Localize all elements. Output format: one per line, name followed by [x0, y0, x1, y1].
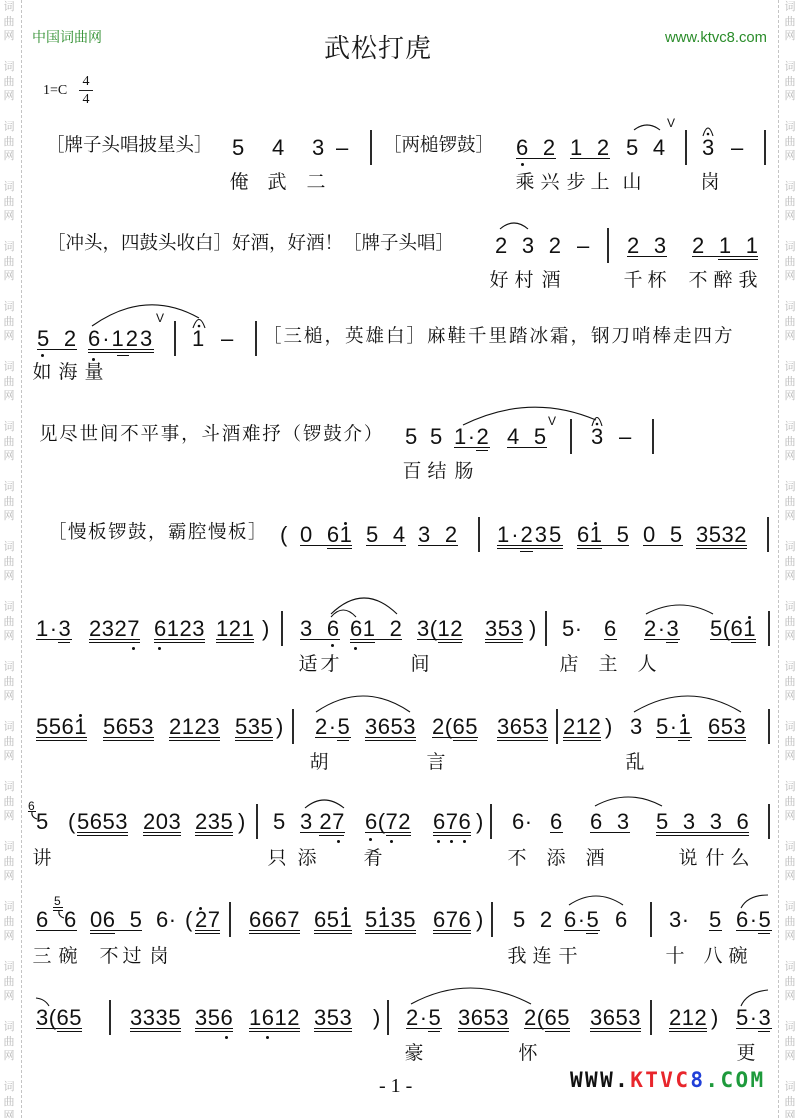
underline-beam [577, 548, 602, 549]
lyric-char: 醉 [713, 270, 733, 290]
barline [229, 902, 231, 937]
underline-beam [319, 835, 344, 836]
watermark-text: 词曲网 [3, 0, 15, 44]
slur-arc [500, 223, 528, 229]
slur-arc [569, 896, 623, 905]
note-group: 2123 [169, 719, 220, 741]
close-paren: ) [238, 814, 246, 832]
underline-beam [438, 642, 462, 643]
watermark-text: 词曲网 [784, 0, 796, 44]
underline-beam [57, 1031, 82, 1032]
open-paren: ( [68, 814, 76, 832]
barline [556, 709, 558, 744]
octave-dot-above [748, 616, 751, 619]
lyric-char: 说 [678, 848, 698, 868]
underline-beam [586, 933, 598, 934]
watermark-text: 词曲网 [784, 180, 796, 224]
note-extension-dash: – [221, 331, 234, 349]
note-group: 3335 [130, 1010, 181, 1032]
slur-arc [646, 605, 713, 614]
note-group: 1612 [249, 1010, 300, 1032]
octave-dot-below [41, 354, 44, 357]
close-paren: ) [605, 719, 613, 737]
underline-beam [731, 642, 756, 643]
barline [768, 611, 770, 646]
close-paren: ) [476, 912, 484, 930]
underline-beam [453, 740, 477, 741]
slur-arc [331, 598, 397, 614]
lyric-char: 只 [267, 848, 287, 868]
breath-mark: V [156, 312, 164, 324]
note-group: 3(12 [417, 621, 463, 640]
note: 5 [36, 814, 49, 832]
note-group: 5 4 [626, 140, 666, 158]
barline [478, 517, 480, 552]
octave-dot-above [682, 714, 685, 717]
note-extension-dash: – [619, 429, 632, 447]
lyric-char: 结 [427, 461, 447, 481]
open-paren: ( [185, 912, 193, 930]
barline [768, 804, 770, 839]
underline-beam [758, 1031, 770, 1032]
open-paren: ( [280, 527, 288, 545]
octave-dot-below [132, 647, 135, 650]
performance-direction: ［两槌锣鼓］ [383, 136, 494, 156]
note: 6 [36, 912, 49, 930]
watermark-text: 词曲网 [3, 840, 15, 884]
octave-dot-below [521, 163, 524, 166]
note-group: 3653 [365, 719, 416, 741]
lyric-char: 怀 [518, 1043, 538, 1063]
watermark-text: 词曲网 [784, 780, 796, 824]
underline-beam [386, 835, 411, 836]
barline [607, 228, 609, 263]
note: 5 [709, 912, 722, 931]
lyric-char: 干 [558, 946, 578, 966]
lyric-char: 添 [546, 848, 566, 868]
lyric-char: 什 [705, 848, 725, 868]
barline [255, 321, 257, 356]
note-group: 203 [143, 814, 181, 836]
lyric-char: 添 [297, 848, 317, 868]
barline [545, 611, 547, 646]
close-paren: ) [711, 1010, 719, 1028]
underline-beam [758, 933, 770, 934]
watermark-text: 词曲网 [3, 600, 15, 644]
key-signature: 1=C [43, 83, 67, 99]
lyric-char: 岗 [149, 946, 169, 966]
watermark-text: 词曲网 [784, 900, 796, 944]
lyric-char: 十 [665, 946, 685, 966]
performance-direction: ［冲头，四鼓头收白］好酒，好酒！［牌子头唱］ [47, 234, 454, 254]
note-group: 1·235 [497, 527, 563, 549]
breath-mark: V [667, 117, 675, 129]
octave-dot-above [79, 714, 82, 717]
lyric-char: 店 [559, 654, 579, 674]
close-paren: ) [529, 621, 537, 639]
note: 5· [562, 621, 583, 639]
lyric-char: 酒 [541, 270, 561, 290]
note-group: 61 2 [350, 621, 402, 640]
lyric-char: 量 [84, 362, 104, 382]
underline-beam [545, 1031, 570, 1032]
note-group: 2327 [89, 621, 140, 643]
note-group: 1·3 [36, 621, 72, 640]
watermark-text: 词曲网 [3, 1080, 15, 1118]
watermark-text: 词曲网 [3, 960, 15, 1004]
lyric-char: 我 [738, 270, 758, 290]
watermark-text: 词曲网 [784, 960, 796, 1004]
lyric-char: 千 [623, 270, 643, 290]
time-signature-top: 4 [79, 76, 93, 88]
site-url: www.ktvc8.com [665, 30, 767, 46]
lyric-char: 更 [736, 1043, 756, 1063]
note-group: 353 [485, 621, 523, 643]
watermark-text: 词曲网 [784, 600, 796, 644]
slur-arc [741, 990, 768, 1006]
note-group: 6667 [249, 912, 300, 934]
underline-beam [666, 642, 678, 643]
note: 5 [273, 814, 286, 832]
note-group: 2·5 [406, 1010, 442, 1029]
note: 5 [430, 429, 443, 447]
watermark-text: 词曲网 [3, 420, 15, 464]
ktvc8-logo: www.ktvc8.com [570, 1069, 766, 1091]
note-group: 535 [235, 719, 273, 741]
lyric-char: 不 [99, 946, 119, 966]
octave-dot-above [594, 522, 597, 525]
left-margin-dashed-line [21, 0, 22, 1118]
watermark-text: 词曲网 [3, 1020, 15, 1064]
octave-dot-above [344, 907, 347, 910]
note-group: 2 1 1 [692, 238, 758, 257]
lyric-char: 我 [507, 946, 527, 966]
lyric-char: 三 [32, 946, 52, 966]
watermark-text: 词曲网 [3, 540, 15, 584]
note-group: 1·2 [454, 429, 490, 448]
octave-dot-below [337, 840, 340, 843]
note-group: 353 [314, 1010, 352, 1032]
watermark-text: 词曲网 [784, 360, 796, 404]
note-group: 4 5 [507, 429, 547, 448]
grace-note: 5 [54, 895, 61, 907]
watermark-text: 词曲网 [3, 900, 15, 944]
close-paren: ) [373, 1010, 381, 1028]
lyric-char: 碗 [58, 946, 78, 966]
note-group: 3 6 [300, 621, 340, 640]
underline-beam [350, 642, 375, 643]
note-group: 3 2 [418, 527, 458, 546]
underline-beam [36, 930, 77, 931]
watermark-text: 词曲网 [784, 1080, 796, 1118]
logo-eight: 8 [690, 1068, 705, 1092]
watermark-text: 词曲网 [3, 180, 15, 224]
octave-dot-above [199, 907, 202, 910]
note: 6· [156, 912, 177, 930]
octave-dot-below [266, 1036, 269, 1039]
note-group: 5·3 [736, 1010, 772, 1029]
close-paren: ) [476, 814, 484, 832]
barline [281, 611, 283, 646]
note: 5 [405, 429, 418, 447]
note-extension-dash: – [577, 238, 590, 256]
watermark-text: 词曲网 [3, 360, 15, 404]
note: 4 [272, 140, 285, 158]
lyric-char: 才 [320, 654, 340, 674]
octave-dot-below [158, 647, 161, 650]
close-paren: ) [276, 719, 284, 737]
underline-beam [53, 907, 63, 908]
underline-beam [58, 642, 70, 643]
barline [109, 1000, 111, 1035]
note: 5 [232, 140, 245, 158]
barline [491, 902, 493, 937]
note-extension-dash: – [731, 140, 744, 158]
note: 3· [669, 912, 690, 930]
note-extension-dash: – [336, 140, 349, 158]
lyric-char: 碗 [728, 946, 748, 966]
note-group: 5(61 [710, 621, 756, 640]
breath-mark: V [548, 415, 556, 427]
lyric-char: 兴 [540, 172, 560, 192]
note: 6· [512, 814, 533, 832]
note-group: 27 [195, 912, 220, 934]
barline [292, 709, 294, 744]
lyric-char: 如 [32, 362, 52, 382]
note: 6 [64, 912, 77, 930]
watermark-text: 词曲网 [3, 660, 15, 704]
lyric-char: 讲 [32, 848, 52, 868]
underline-beam [90, 933, 115, 934]
note: 6 [550, 814, 563, 833]
lyric-char: 二 [306, 172, 326, 192]
note-group: 6(72 [365, 814, 411, 833]
note-group: 5135 [365, 912, 416, 934]
lyric-char: 好 [489, 270, 509, 290]
watermark-text: 词曲网 [784, 60, 796, 104]
watermark-text: 词曲网 [3, 780, 15, 824]
note-group: 676 [433, 912, 471, 934]
watermark-text: 词曲网 [3, 240, 15, 284]
note-group: 121 [216, 621, 254, 643]
watermark-text: 词曲网 [784, 420, 796, 464]
barline [174, 321, 176, 356]
note: 3 [591, 429, 604, 447]
logo-www: www. [570, 1068, 630, 1092]
barline [570, 419, 572, 454]
watermark-text: 词曲网 [3, 720, 15, 764]
lyric-char: 山 [622, 172, 642, 192]
note-group: 356 [195, 1010, 233, 1032]
watermark-text: 词曲网 [784, 480, 796, 524]
note-group: 212 [669, 1010, 707, 1032]
note: 3 [312, 140, 325, 158]
lyric-char: 么 [730, 848, 750, 868]
barline [767, 517, 769, 552]
note-group: 3653 [590, 1010, 641, 1032]
lyric-char: 八 [703, 946, 723, 966]
note-group: 5 2 [37, 331, 77, 350]
watermark-text: 词曲网 [784, 300, 796, 344]
note-group: 2 3 2 [495, 238, 561, 256]
lyric-char: 百 [402, 461, 422, 481]
lyric-char: 豪 [404, 1043, 424, 1063]
page-number: -1- [379, 1074, 417, 1098]
note-group: 653 [708, 719, 746, 741]
barline [387, 1000, 389, 1035]
note-group: 5 3 3 6 [656, 814, 749, 836]
octave-dot-above [344, 522, 347, 525]
note-group: 6·5 [736, 912, 772, 931]
watermark-text: 词曲网 [784, 540, 796, 584]
octave-dot-above [382, 907, 385, 910]
note-group: 6123 [154, 621, 205, 643]
barline [650, 902, 652, 937]
note-group: 5·1 [656, 719, 692, 738]
watermark-text: 词曲网 [784, 720, 796, 764]
close-paren: ) [262, 621, 270, 639]
slur-arc [316, 696, 410, 712]
lyric-char: 武 [267, 172, 287, 192]
note: 1 [192, 331, 205, 349]
note-group: 5561 [36, 719, 87, 741]
underline-beam [718, 259, 758, 260]
note-group: 212 [563, 719, 601, 741]
octave-dot-below [354, 647, 357, 650]
slur-arc [305, 800, 344, 808]
note-group: 5653 [103, 719, 154, 741]
lyric-char: 杯 [647, 270, 667, 290]
barline [652, 419, 654, 454]
note-group: 5 2 [513, 912, 553, 930]
lyric-char: 人 [637, 654, 657, 674]
lyric-char: 适 [298, 654, 318, 674]
note-group: 6 2 [516, 140, 556, 159]
underline-beam [327, 548, 352, 549]
note-group: 0 61 [300, 527, 352, 546]
note-group: 5653 [77, 814, 128, 836]
site-name: 中国词曲网 [32, 30, 102, 46]
octave-dot-below [390, 840, 393, 843]
slur-arc [411, 988, 531, 1004]
lyric-char: 肴 [363, 848, 383, 868]
note-group: 6 3 [590, 814, 630, 833]
note-group: 5 4 [366, 527, 406, 546]
note-group: 3653 [458, 1010, 509, 1032]
note: 6 [615, 912, 628, 930]
barline [256, 804, 258, 839]
logo-com: .com [705, 1068, 765, 1092]
note-group: 0 5 [643, 527, 683, 546]
lyric-char: 酒 [585, 848, 605, 868]
lyric-char: 海 [58, 362, 78, 382]
lyric-char: 岗 [700, 172, 720, 192]
note-group: 3(65 [36, 1010, 82, 1029]
barline [370, 130, 372, 165]
note-group: 2 3 [627, 238, 667, 257]
lyric-char: 过 [122, 946, 142, 966]
note-group: 651 [314, 912, 352, 934]
lyric-char: 步 [566, 172, 586, 192]
lyric-char: 不 [688, 270, 708, 290]
note-group: 61 5 [577, 527, 629, 546]
slur-arc [595, 797, 662, 806]
watermark-text: 词曲网 [784, 120, 796, 164]
underline-beam [53, 910, 63, 911]
spoken-dialogue: 见尽世间不平事，斗酒难抒（锣鼓介） [39, 425, 384, 445]
underline-beam [28, 811, 36, 812]
barline [768, 709, 770, 744]
underline-beam [476, 450, 488, 451]
barline [650, 1000, 652, 1035]
right-margin-dashed-line [778, 0, 779, 1118]
watermark-text: 词曲网 [784, 660, 796, 704]
watermark-text: 词曲网 [3, 480, 15, 524]
spoken-dialogue: ［三槌，英雄白］麻鞋千里踏冰霜，钢刀哨棒走四方 [263, 327, 735, 347]
note-group: 676 [433, 814, 471, 836]
lyric-char: 俺 [229, 172, 249, 192]
lyric-char: 连 [532, 946, 552, 966]
slur-arc [92, 305, 199, 326]
lyric-char: 间 [410, 654, 430, 674]
note-group: 06 5 [90, 912, 142, 931]
barline [490, 804, 492, 839]
note: 6 [604, 621, 617, 640]
underline-beam [520, 551, 533, 552]
time-signature-line [79, 90, 93, 91]
octave-dot-below [463, 840, 466, 843]
lyric-char: 主 [598, 654, 618, 674]
underline-beam [117, 355, 129, 356]
note-group: 3653 [497, 719, 548, 741]
slur-arc [463, 407, 596, 425]
time-signature-bottom: 4 [79, 94, 93, 106]
watermark-text: 词曲网 [784, 1020, 796, 1064]
slur-arc [634, 125, 660, 130]
note-group: 2·3 [644, 621, 680, 640]
barline [685, 130, 687, 165]
note-group: 6·5 [564, 912, 600, 931]
note: 3 [630, 719, 643, 737]
lyric-char: 肠 [454, 461, 474, 481]
lyric-char: 村 [514, 270, 534, 290]
octave-dot-below [225, 1036, 228, 1039]
page-title: 武松打虎 [324, 34, 432, 64]
note-group: 3 27 [300, 814, 345, 833]
watermark-text: 词曲网 [3, 120, 15, 164]
note-group: 6·123 [88, 331, 154, 353]
lyric-char: 上 [590, 172, 610, 192]
lyric-char: 乘 [515, 172, 535, 192]
performance-direction: ［牌子头唱披星头］ [46, 136, 213, 156]
note-group: 235 [195, 814, 233, 836]
logo-ktvc: ktvc [630, 1068, 690, 1092]
underline-beam [428, 1031, 440, 1032]
note-group: 3532 [696, 527, 747, 549]
slur-arc [634, 696, 741, 712]
watermark-text: 词曲网 [784, 840, 796, 884]
octave-dot-below [450, 840, 453, 843]
note-group: 2(65 [432, 719, 478, 738]
lyric-char: 不 [507, 848, 527, 868]
watermark-text: 词曲网 [784, 240, 796, 284]
note-group: 2(65 [524, 1010, 570, 1029]
octave-dot-below [437, 840, 440, 843]
note-group: 1 2 [570, 140, 610, 159]
lyric-char: 胡 [309, 752, 329, 772]
note-group: 2·5 [315, 719, 351, 738]
watermark-text: 词曲网 [3, 300, 15, 344]
